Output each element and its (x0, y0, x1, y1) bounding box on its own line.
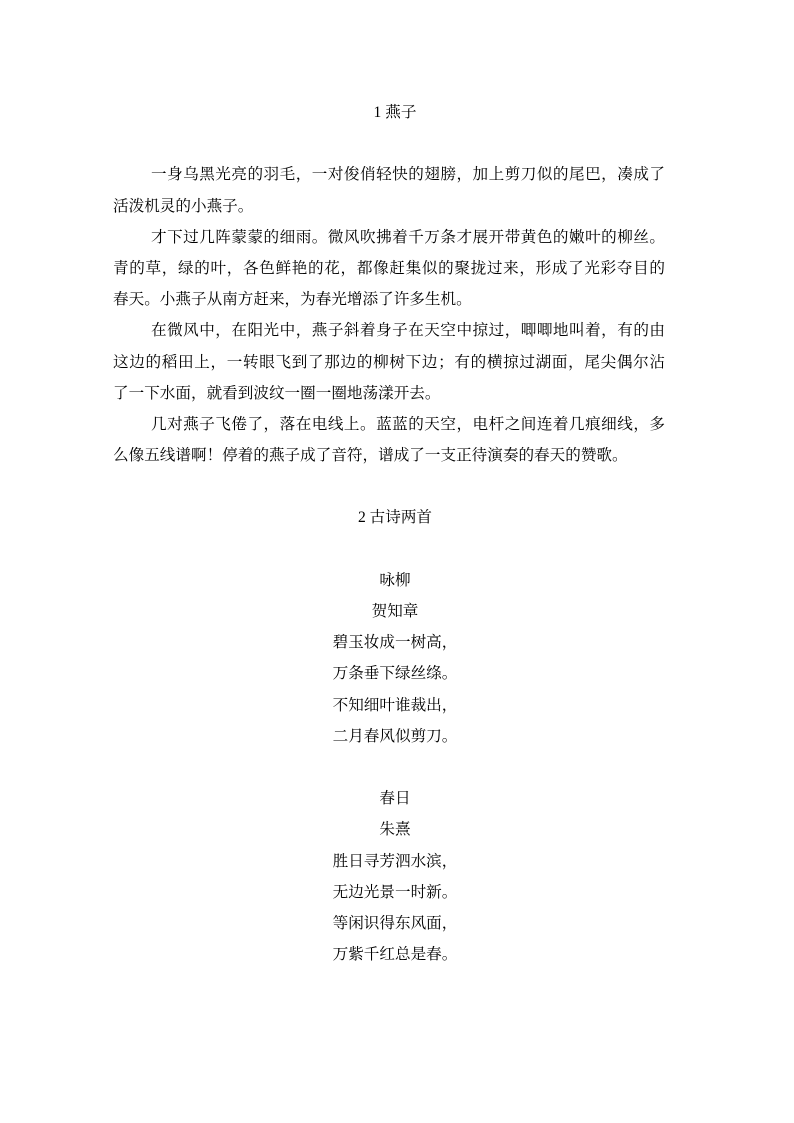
poem2-line3: 等闲识得东风面， (113, 908, 665, 939)
poem1-line1: 碧玉妆成一树高， (113, 627, 665, 658)
lesson2-title: 2 古诗两首 (113, 502, 665, 533)
lesson1-paragraph4-line2: 么像五线谱啊！停着的燕子成了音符，谱成了一支正待演奏的春天的赞歌。 (113, 440, 665, 471)
poem2-line1: 胜日寻芳泗水滨， (113, 846, 665, 877)
poem2-line4: 万紫千红总是春。 (113, 939, 665, 970)
blank-line (113, 752, 665, 783)
poem1-line2: 万条垂下绿丝绦。 (113, 658, 665, 689)
poem2-line2: 无边光景一时新。 (113, 877, 665, 908)
lesson1-paragraph2-line2: 青的草，绿的叶，各色鲜艳的花，都像赶集似的聚拢过来，形成了光彩夺目的 (113, 253, 665, 284)
poem2-title: 春日 (113, 783, 665, 814)
document-page: 1 燕子 一身乌黑光亮的羽毛，一对俊俏轻快的翅膀，加上剪刀似的尾巴，凑成了 活泼… (0, 0, 794, 1123)
lesson1-paragraph1-line2: 活泼机灵的小燕子。 (113, 191, 665, 222)
poem1-line4: 二月春风似剪刀。 (113, 721, 665, 752)
document-content: 1 燕子 一身乌黑光亮的羽毛，一对俊俏轻快的翅膀，加上剪刀似的尾巴，凑成了 活泼… (0, 0, 794, 970)
poem2-author: 朱熹 (113, 814, 665, 845)
lesson1-paragraph3-line2: 这边的稻田上，一转眼飞到了那边的柳树下边；有的横掠过湖面，尾尖偶尔沾 (113, 347, 665, 378)
lesson1-paragraph3-line3: 了一下水面，就看到波纹一圈一圈地荡漾开去。 (113, 378, 665, 409)
lesson1-paragraph1-line1: 一身乌黑光亮的羽毛，一对俊俏轻快的翅膀，加上剪刀似的尾巴，凑成了 (113, 159, 665, 190)
lesson1-paragraph4-line1: 几对燕子飞倦了，落在电线上。蓝蓝的天空，电杆之间连着几痕细线，多 (113, 409, 665, 440)
blank-line (113, 471, 665, 502)
blank-line (113, 534, 665, 565)
poem1-line3: 不知细叶谁裁出， (113, 690, 665, 721)
lesson1-paragraph2-line1: 才下过几阵蒙蒙的细雨。微风吹拂着千万条才展开带黄色的嫩叶的柳丝。 (113, 222, 665, 253)
poem1-title: 咏柳 (113, 565, 665, 596)
lesson1-paragraph3-line1: 在微风中，在阳光中，燕子斜着身子在天空中掠过，唧唧地叫着，有的由 (113, 315, 665, 346)
blank-line (113, 128, 665, 159)
poem1-author: 贺知章 (113, 596, 665, 627)
lesson1-title: 1 燕子 (113, 97, 665, 128)
lesson1-paragraph2-line3: 春天。小燕子从南方赶来，为春光增添了许多生机。 (113, 284, 665, 315)
